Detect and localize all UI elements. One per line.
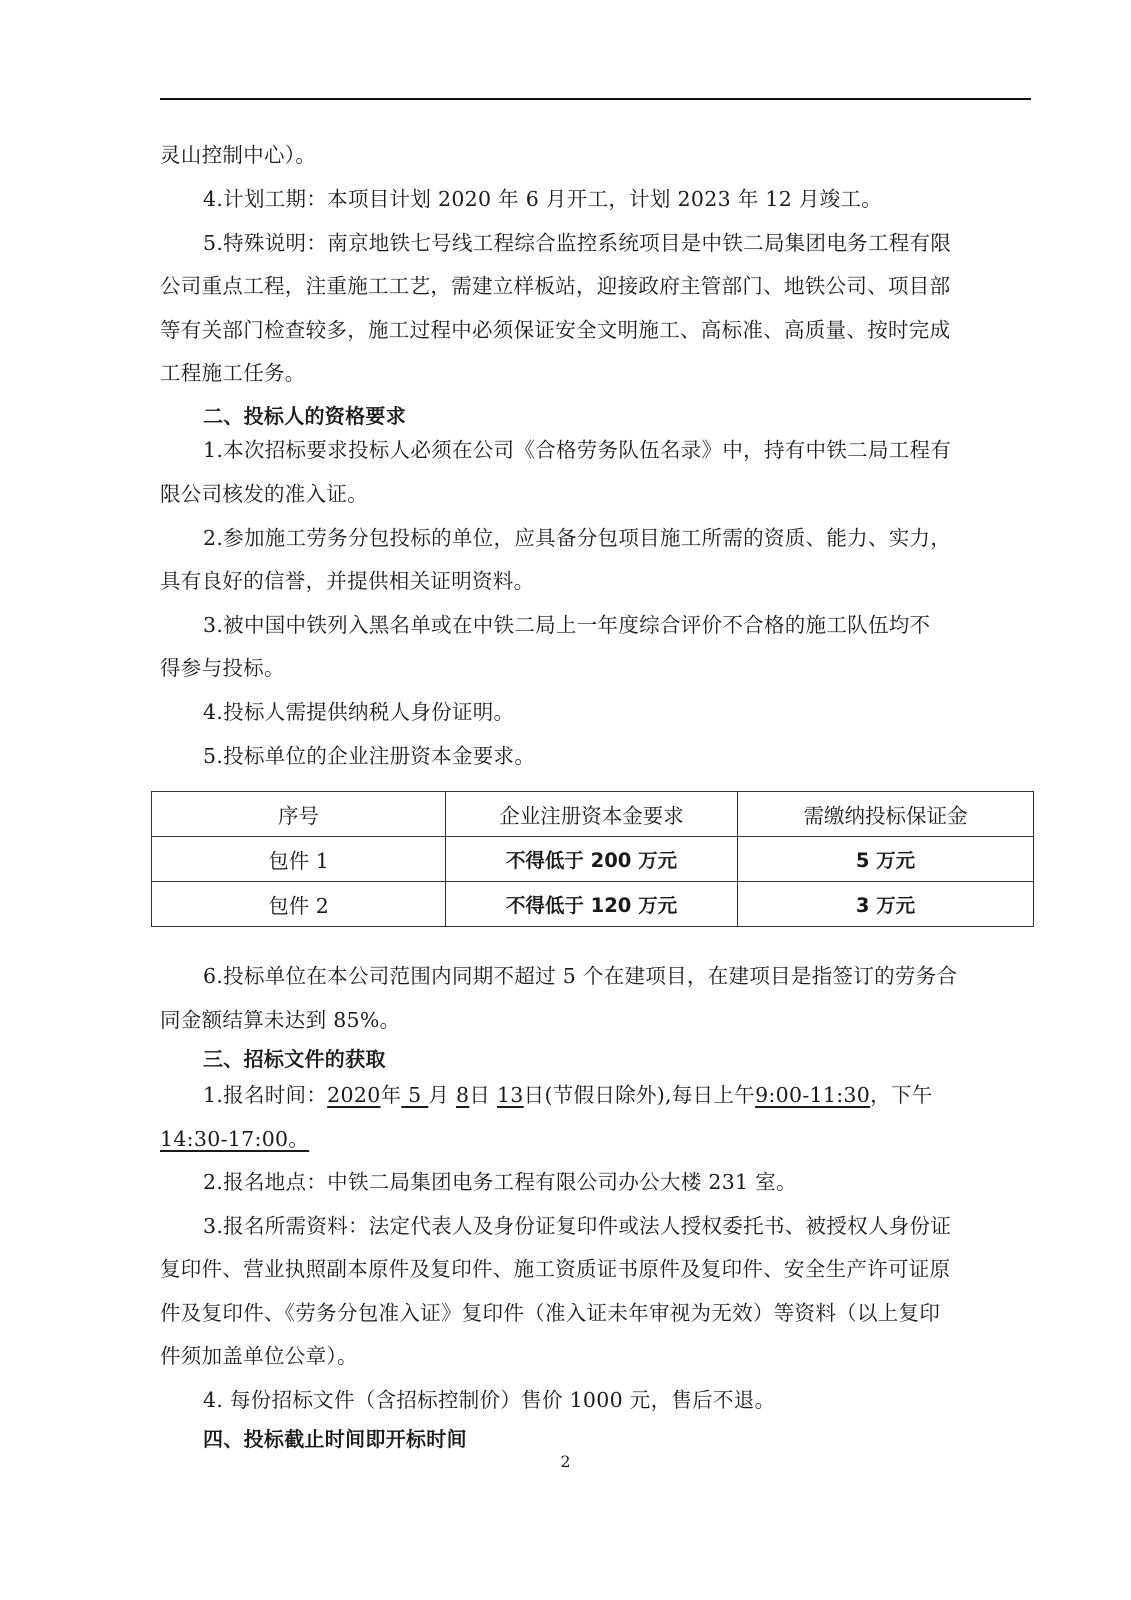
intro-continuation: 灵山控制中心）。 [160,140,1031,170]
page-number: 2 [0,1452,1131,1471]
header-cell-deposit: 需缴纳投标保证金 [738,792,1034,837]
section-4-heading: 四、投标截止时间即开标时间 [203,1424,1031,1454]
morning-hours: 9:00-11:30 [755,1083,870,1107]
registration-time-line-2: 14:30-17:00。 [160,1124,1031,1154]
year-unit: 年 [381,1083,402,1107]
registration-day-start: 8 [456,1083,469,1107]
header-cell-index: 序号 [152,792,446,837]
schedule-item: 4.计划工期：本项目计划 2020 年 6 月开工，计划 2023 年 12 月… [203,184,1031,214]
table-header-row: 序号 企业注册资本金要求 需缴纳投标保证金 [152,792,1034,837]
special-note-line-4: 工程施工任务。 [160,358,1031,388]
cell-package: 包件 1 [152,837,446,882]
qualification-3-line-2: 得参与投标。 [160,653,1031,683]
qualification-4: 4.投标人需提供纳税人身份证明。 [203,697,1031,727]
qualification-6-line-2: 同金额结算未达到 85%。 [160,1005,1031,1035]
registration-month: 5 [401,1083,428,1107]
cell-capital: 不得低于 200 万元 [446,837,738,882]
table-row: 包件 2 不得低于 120 万元 3 万元 [152,882,1034,927]
afternoon-label: ，下午 [870,1083,932,1107]
cell-deposit: 3 万元 [738,882,1034,927]
section-2-heading: 二、投标人的资格要求 [203,401,1031,431]
qualification-1-line-2: 限公司核发的准入证。 [160,479,1031,509]
header-cell-capital: 企业注册资本金要求 [446,792,738,837]
qualification-1-line-1: 1.本次招标要求投标人必须在公司《合格劳务队伍名录》中，持有中铁二局工程有 [203,435,1031,465]
qualification-5: 5.投标单位的企业注册资本金要求。 [203,741,1031,771]
qualification-2-line-2: 具有良好的信誉，并提供相关证明资料。 [160,566,1031,596]
day-unit: 日 [469,1083,490,1107]
registration-time-prefix: 1.报名时间： [203,1083,327,1107]
registration-materials-line-2: 复印件、营业执照副本原件及复印件、施工资质证书原件及复印件、安全生产许可证原 [160,1254,1031,1284]
registration-day-end: 13 [497,1083,524,1107]
cell-deposit: 5 万元 [738,837,1034,882]
registration-location: 2.报名地点：中铁二局集团电务工程有限公司办公大楼 231 室。 [203,1167,1031,1197]
qualification-3-line-1: 3.被中国中铁列入黑名单或在中铁二局上一年度综合评价不合格的施工队伍均不 [203,610,1031,640]
registration-year: 2020 [327,1083,380,1107]
special-note-line-2: 公司重点工程，注重施工工艺，需建立样板站，迎接政府主管部门、地铁公司、项目部 [160,271,1031,301]
registration-time-line-1: 1.报名时间：2020年 5 月 8日 13日(节假日除外),每日上午9:00-… [203,1080,1031,1110]
capital-requirement-table: 序号 企业注册资本金要求 需缴纳投标保证金 包件 1 不得低于 200 万元 5… [151,791,1034,927]
qualification-6-line-1: 6.投标单位在本公司范围内同期不超过 5 个在建项目，在建项目是指签订的劳务合 [203,961,1031,991]
table-row: 包件 1 不得低于 200 万元 5 万元 [152,837,1034,882]
document-price: 4. 每份招标文件（含招标控制价）售价 1000 元，售后不退。 [203,1385,1031,1415]
cell-capital: 不得低于 120 万元 [446,882,738,927]
registration-materials-line-4: 件须加盖单位公章）。 [160,1341,1031,1371]
registration-after-days: 日(节假日除外),每日上午 [524,1083,755,1107]
month-unit: 月 [428,1083,449,1107]
registration-materials-line-3: 件及复印件、《劳务分包准入证》复印件（准入证未年审视为无效）等资料（以上复印 [160,1298,1031,1328]
header-rule [160,98,1031,100]
afternoon-hours: 14:30-17:00。 [160,1127,309,1151]
section-3-heading: 三、招标文件的获取 [203,1044,1031,1074]
special-note-line-1: 5.特殊说明：南京地铁七号线工程综合监控系统项目是中铁二局集团电务工程有限 [203,228,1031,258]
qualification-2-line-1: 2.参加施工劳务分包投标的单位，应具备分包项目施工所需的资质、能力、实力， [203,523,1031,553]
registration-materials-line-1: 3.报名所需资料：法定代表人及身份证复印件或法人授权委托书、被授权人身份证 [203,1211,1031,1241]
special-note-line-3: 等有关部门检查较多，施工过程中必须保证安全文明施工、高标准、高质量、按时完成 [160,315,1031,345]
cell-package: 包件 2 [152,882,446,927]
